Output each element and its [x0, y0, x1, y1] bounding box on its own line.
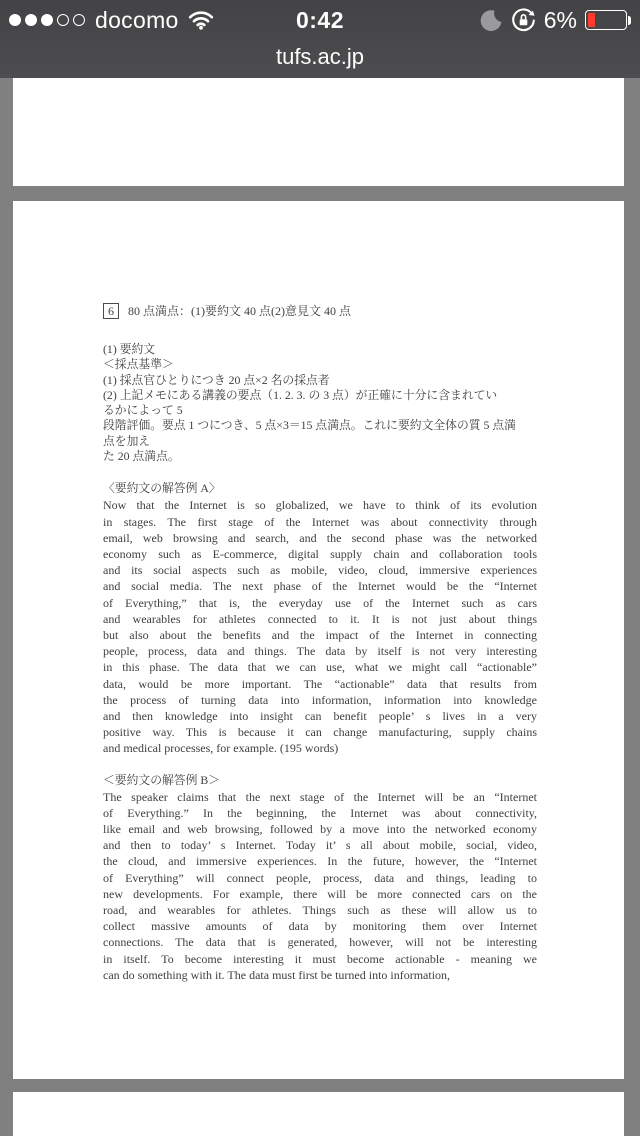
- text-line: the cloud, and immersive experiences. In…: [103, 853, 537, 869]
- text-line: (1) 採点官ひとりにつき 20 点×2 名の採点者: [103, 373, 537, 388]
- text-line: like email and web browsing, followed by…: [103, 821, 537, 837]
- text-line: and then to today’ s Internet. Today it’…: [103, 837, 537, 853]
- text-line: (1) 要約文: [103, 342, 537, 357]
- example-a-paragraph: Now that the Internet is so globalized, …: [103, 497, 537, 756]
- text-line: the process of turning data into informa…: [103, 692, 537, 708]
- text-line: and medical processes, for example. (195…: [103, 740, 537, 756]
- text-line: in itself. To become interesting it must…: [103, 951, 537, 967]
- text-line: of Everything.” In the beginning, the In…: [103, 805, 537, 821]
- battery-body: [585, 10, 627, 30]
- page-previous: [13, 78, 624, 186]
- text-line: email, web browsing and search, and the …: [103, 530, 537, 546]
- text-line: in stages. The first stage of the Intern…: [103, 514, 537, 530]
- page-next: [13, 1092, 624, 1136]
- battery-percent-label: 6%: [544, 7, 577, 34]
- criteria-block: (1) 要約文＜採点基準＞(1) 採点官ひとりにつき 20 点×2 名の採点者(…: [103, 342, 537, 464]
- text-line: た 20 点満点。: [103, 449, 537, 464]
- battery-cap: [628, 16, 631, 25]
- text-line: ＜採点基準＞: [103, 357, 537, 372]
- document-content: 680 点満点：(1)要約文 40 点(2)意見文 40 点 (1) 要約文＜採…: [103, 303, 537, 983]
- example-a-header: 〈要約文の解答例 A〉: [103, 481, 537, 496]
- text-line: The speaker claims that the next stage o…: [103, 789, 537, 805]
- text-line: collect massive amounts of data by monit…: [103, 918, 537, 934]
- moon-icon: [480, 9, 503, 32]
- text-line: economy such as E-commerce, digital supp…: [103, 546, 537, 562]
- status-bar: docomo 0:42: [0, 0, 640, 40]
- text-line: road, and wearables for athletes. Things…: [103, 902, 537, 918]
- url-bar[interactable]: tufs.ac.jp: [0, 40, 640, 78]
- text-line: connections. The data that is generated,…: [103, 934, 537, 950]
- text-line: of Everything,” that is, the everyday us…: [103, 595, 537, 611]
- text-line: and then knowledge into insight can bene…: [103, 708, 537, 724]
- text-line: data, would be more important. The “acti…: [103, 676, 537, 692]
- example-b-header: ＜要約文の解答例 B＞: [103, 773, 537, 788]
- text-line: new developments. For example, there wil…: [103, 886, 537, 902]
- question-number-box: 6: [103, 303, 119, 319]
- text-line: (2) 上記メモにある講義の要点（1. 2. 3. の 3 点）が正確に十分に含…: [103, 388, 537, 403]
- rotation-lock-icon: [511, 8, 536, 33]
- url-label[interactable]: tufs.ac.jp: [276, 44, 364, 70]
- page-document: 680 点満点：(1)要約文 40 点(2)意見文 40 点 (1) 要約文＜採…: [13, 201, 624, 1079]
- text-line: but also about the benefits and the impa…: [103, 627, 537, 643]
- text-line: and social media. The next phase of the …: [103, 578, 537, 594]
- text-line: and its social aspects such as mobile, v…: [103, 562, 537, 578]
- battery-icon: [585, 10, 631, 30]
- text-line: of Everything” will connect people, proc…: [103, 870, 537, 886]
- text-line: in this phase. The data that we can use,…: [103, 659, 537, 675]
- document-viewport[interactable]: 680 点満点：(1)要約文 40 点(2)意見文 40 点 (1) 要約文＜採…: [0, 78, 640, 1136]
- question-heading: 680 点満点：(1)要約文 40 点(2)意見文 40 点: [103, 303, 537, 319]
- text-line: and wearables for athletes connected to …: [103, 611, 537, 627]
- example-b-paragraph: The speaker claims that the next stage o…: [103, 789, 537, 983]
- question-heading-text: 80 点満点：(1)要約文 40 点(2)意見文 40 点: [128, 304, 351, 318]
- text-line: 点を加え: [103, 434, 537, 449]
- text-line: 段階評価。要点 1 つにつき、5 点×3＝15 点満点。これに要約文全体の質 5…: [103, 418, 537, 433]
- text-line: can do something with it. The data must …: [103, 967, 537, 983]
- text-line: Now that the Internet is so globalized, …: [103, 497, 537, 513]
- browser-header: docomo 0:42: [0, 0, 640, 78]
- text-line: るかによって 5: [103, 403, 537, 418]
- text-line: people, process, data and things. The da…: [103, 643, 537, 659]
- text-line: positive way. This is because it can cha…: [103, 724, 537, 740]
- battery-level: [588, 13, 595, 27]
